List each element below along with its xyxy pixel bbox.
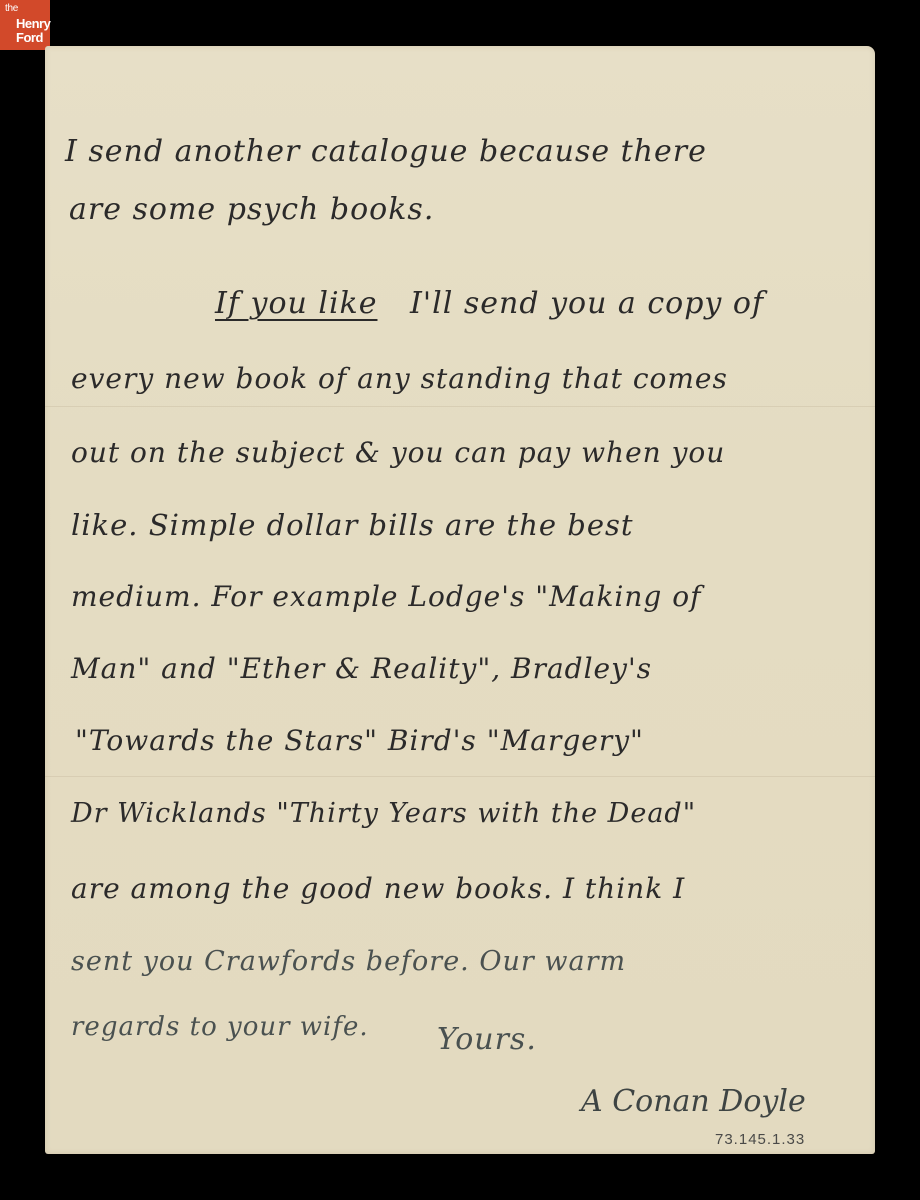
letter-line-2: are some psych books.	[69, 192, 434, 227]
letter-line-4: every new book of any standing that come…	[71, 362, 728, 395]
henry-ford-logo[interactable]: the Henry Ford	[0, 0, 50, 50]
letter-line-5: out on the subject & you can pay when yo…	[71, 436, 725, 469]
logo-text-ford: Ford	[16, 31, 43, 44]
paper-fold-line	[45, 406, 875, 407]
letter-line-12: sent you Crawfords before. Our warm	[71, 946, 626, 977]
letter-line-13: regards to your wife.	[71, 1012, 369, 1042]
letter-line-8: Man" and "Ether & Reality", Bradley's	[71, 652, 652, 685]
letter-page: I send another catalogue because there a…	[45, 46, 875, 1154]
catalog-number: 73.145.1.33	[715, 1131, 805, 1148]
letter-line-1: I send another catalogue because there	[65, 134, 707, 169]
letter-line-10: Dr Wicklands "Thirty Years with the Dead…	[71, 798, 696, 829]
letter-line-6: like. Simple dollar bills are the best	[71, 508, 634, 542]
letter-line-11: are among the good new books. I think I	[71, 872, 685, 905]
document-viewer: the Henry Ford I send another catalogue …	[0, 0, 920, 1200]
signature: A Conan Doyle	[581, 1084, 806, 1119]
letter-line-7: medium. For example Lodge's "Making of	[71, 580, 701, 613]
letter-line-3: If you like I'll send you a copy of	[215, 286, 764, 321]
logo-text-the: the	[5, 4, 18, 14]
paper-fold-line	[45, 776, 875, 777]
letter-line-9: "Towards the Stars" Bird's "Margery"	[75, 724, 644, 757]
underlined-phrase: If you like	[215, 286, 377, 321]
logo-text-henry: Henry	[16, 17, 50, 30]
letter-closing: Yours.	[437, 1022, 537, 1057]
letter-line-3-rest: I'll send you a copy of	[410, 286, 764, 321]
